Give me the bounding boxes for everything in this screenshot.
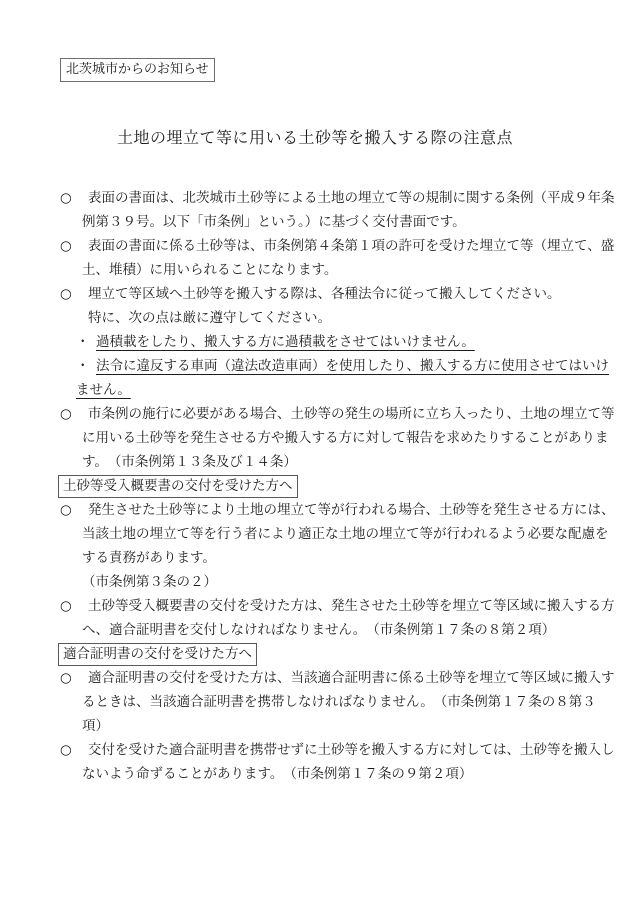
circle-bullet-marker: ○ [60,234,88,258]
section-header-line: 適合証明書の交付を受けた方へ [60,642,616,666]
dot-bullet-marker: ・ [76,330,96,354]
bullet-text: 埋立て等区域へ土砂等を搬入する際は、各種法令に従って搬入してください。 [88,286,561,302]
circle-bullet-marker: ○ [60,738,88,762]
bullet-text: 発生させた土砂等により土地の埋立て等が行われる場合、土砂等を発生させる方には、当… [82,502,615,566]
circle-bullet-marker: ○ [60,186,88,210]
bullet-item-issue-certificate: ○土砂等受入概要書の交付を受けた方は、発生させた土砂等を埋立て等区域に搬入する方… [60,594,616,642]
bullet-item-carry-certificate: ○適合証明書の交付を受けた方は、当該適合証明書に係る土砂等を埋立て等区域に搬入す… [60,666,616,738]
circle-bullet-marker: ○ [60,594,88,618]
circle-bullet-marker: ○ [60,498,88,522]
underlined-rule-text: 法令に違反する車両（違法改造車両）を使用したり、搬入する方に使用させてはいけませ… [76,358,609,398]
section-header-box-gaiyousho: 土砂等受入概要書の交付を受けた方へ [58,475,298,498]
bullet-text: 土砂等受入概要書の交付を受けた方は、発生させた土砂等を埋立て等区域に搬入する方へ… [82,598,615,638]
sub-line-strict-compliance: 特に、次の点は厳に遵守してください。 [60,306,616,330]
bullet-text: 市条例の施行に必要がある場合、土砂等の発生の場所に立ち入ったり、土地の埋立て等に… [82,406,615,470]
circle-bullet-marker: ○ [60,282,88,306]
bullet-text: 交付を受けた適合証明書を携帯せずに土砂等を搬入する方に対しては、土砂等を搬入しな… [82,742,615,782]
bullet-text: 表面の書面は、北茨城市土砂等による土地の埋立て等の規制に関する条例（平成９年条例… [82,190,615,230]
document-body: ○表面の書面は、北茨城市土砂等による土地の埋立て等の規制に関する条例（平成９年条… [60,186,616,786]
ordinance-reference-line: （市条例第３条の２） [60,570,616,594]
section-header-box-shoumeisho: 適合証明書の交付を受けた方へ [58,643,257,666]
circle-bullet-marker: ○ [60,402,88,426]
bullet-item-front-document: ○表面の書面は、北茨城市土砂等による土地の埋立て等の規制に関する条例（平成９年条… [60,186,616,234]
dot-bullet-marker: ・ [76,354,96,378]
notice-source-box: 北茨城市からのお知らせ [60,58,215,82]
document-page: 北茨城市からのお知らせ 土地の埋立て等に用いる土砂等を搬入する際の注意点 ○表面… [0,0,630,903]
bullet-text: 適合証明書の交付を受けた方は、当該適合証明書に係る土砂等を埋立て等区域に搬入する… [82,670,615,734]
dot-item-illegal-vehicles: ・法令に違反する車両（違法改造車両）を使用したり、搬入する方に使用させてはいけま… [60,354,616,402]
page-title: 土地の埋立て等に用いる土砂等を搬入する際の注意点 [60,126,570,150]
bullet-item-carry-in-rules: ○埋立て等区域へ土砂等を搬入する際は、各種法令に従って搬入してください。 [60,282,616,306]
dot-item-overloading: ・過積載をしたり、搬入する方に過積載をさせてはいけません。 [60,330,616,354]
underlined-rule-text: 過積載をしたり、搬入する方に過積載をさせてはいけません。 [96,334,475,350]
bullet-text: 表面の書面に係る土砂等は、市条例第４条第１項の許可を受けた埋立て等（埋立て、盛土… [82,238,614,278]
bullet-item-permitted-use: ○表面の書面に係る土砂等は、市条例第４条第１項の許可を受けた埋立て等（埋立て、盛… [60,234,616,282]
notice-source-label: 北茨城市からのお知らせ [66,62,209,77]
bullet-item-order-prohibition: ○交付を受けた適合証明書を携帯せずに土砂等を搬入する方に対しては、土砂等を搬入し… [60,738,616,786]
bullet-item-generator-duty: ○発生させた土砂等により土地の埋立て等が行われる場合、土砂等を発生させる方には、… [60,498,616,570]
circle-bullet-marker: ○ [60,666,88,690]
section-header-line: 土砂等受入概要書の交付を受けた方へ [60,474,616,498]
bullet-item-inspection-reporting: ○市条例の施行に必要がある場合、土砂等の発生の場所に立ち入ったり、土地の埋立て等… [60,402,616,474]
